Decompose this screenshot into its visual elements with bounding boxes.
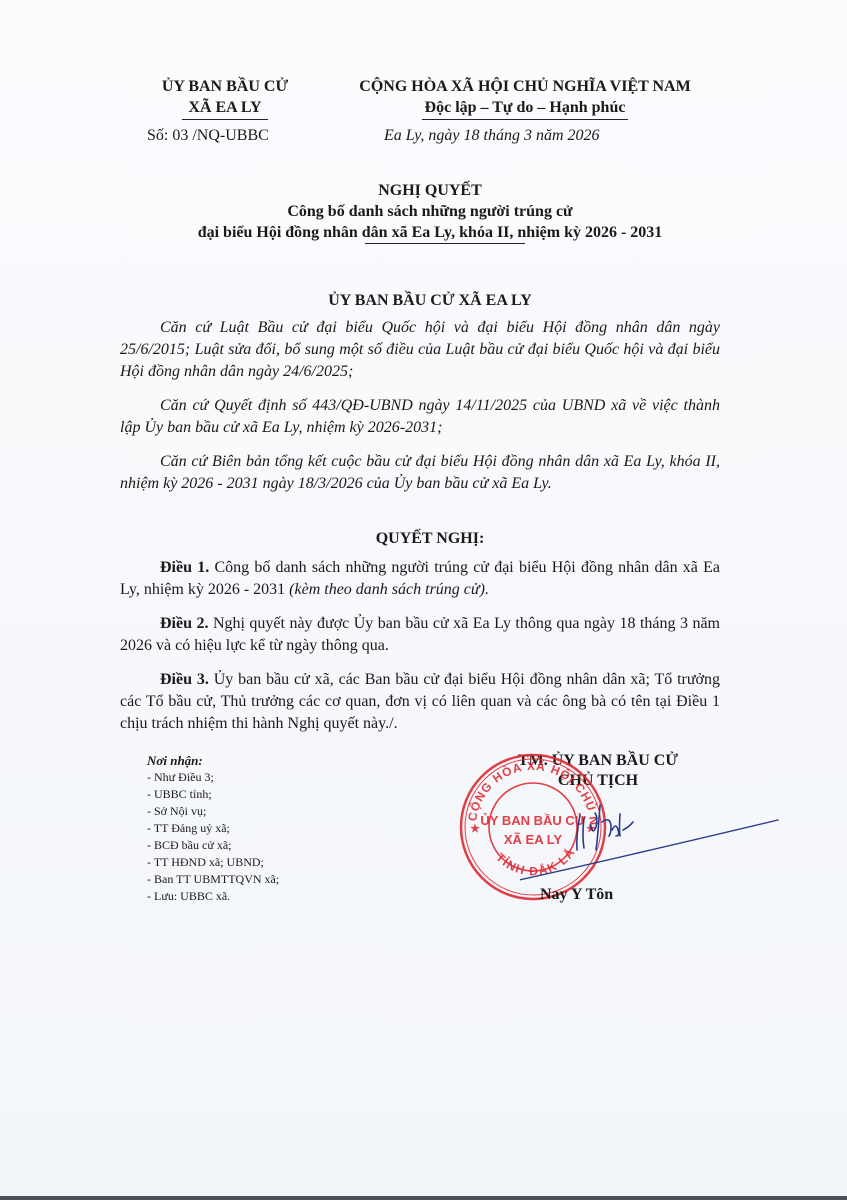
legal-basis-2: Căn cứ Quyết định số 443/QĐ-UBND ngày 14… [120,395,720,439]
issuing-organization: ỦY BAN BẦU CỬ XÃ EA LY [130,76,320,120]
document-title: NGHỊ QUYẾT Công bố danh sách những người… [120,180,740,244]
document-number: Số: 03 /NQ-UBBC [147,127,269,145]
signer-name: Nay Y Tôn [540,886,613,904]
article-3-text: Ủy ban bầu cử xã, các Ban bầu cử đại biể… [120,671,720,732]
recipient-item: - Sở Nội vụ; [147,803,279,820]
article-3-label: Điều 3. [160,671,209,688]
document-page: ỦY BAN BẦU CỬ XÃ EA LY Số: 03 /NQ-UBBC C… [0,0,847,1196]
org-line-1: ỦY BAN BẦU CỬ [130,76,320,97]
article-1-note: (kèm theo danh sách trúng cử). [289,581,489,598]
org-line-2: XÃ EA LY [130,97,320,118]
article-1-label: Điều 1. [160,559,209,576]
recipient-item: - BCĐ bầu cử xã; [147,837,279,854]
recipient-item: - TT Đảng uỷ xã; [147,820,279,837]
article-1: Điều 1. Công bố danh sách những người tr… [120,557,720,601]
title-underline [365,243,525,244]
title-line-2: đại biểu Hội đồng nhân dân xã Ea Ly, khó… [120,222,740,243]
recipients-list: Nơi nhận: - Như Điều 3; - UBBC tỉnh; - S… [147,752,279,905]
document-type: NGHỊ QUYẾT [120,180,740,201]
recipient-item: - Lưu: UBBC xã. [147,888,279,905]
article-3: Điều 3. Ủy ban bầu cử xã, các Ban bầu cử… [120,669,720,735]
org-underline [182,119,268,120]
article-2-text: Nghị quyết này được Ủy ban bầu cử xã Ea … [120,615,720,654]
motto-underline [422,119,628,120]
country-name: CỘNG HÒA XÃ HỘI CHỦ NGHĨA VIỆT NAM [345,76,705,97]
place-and-date: Ea Ly, ngày 18 tháng 3 năm 2026 [384,127,600,145]
page-bottom-edge [0,1196,847,1200]
recipient-item: - UBBC tỉnh; [147,786,279,803]
legal-basis-3: Căn cứ Biên bản tổng kết cuộc bầu cử đại… [120,451,720,495]
recipient-item: - Như Điều 3; [147,769,279,786]
article-2-label: Điều 2. [160,615,208,632]
national-heading: CỘNG HÒA XÃ HỘI CHỦ NGHĨA VIỆT NAM Độc l… [345,76,705,120]
recipients-heading: Nơi nhận: [147,752,279,769]
article-2: Điều 2. Nghị quyết này được Ủy ban bầu c… [120,613,720,657]
issuer-heading: ỦY BAN BẦU CỬ XÃ EA LY [120,292,740,310]
national-motto: Độc lập – Tự do – Hạnh phúc [345,97,705,118]
recipient-item: - Ban TT UBMTTQVN xã; [147,871,279,888]
legal-basis-1: Căn cứ Luật Bầu cử đại biểu Quốc hội và … [120,317,720,383]
svg-text:★: ★ [470,823,480,835]
recipient-item: - TT HĐND xã; UBND; [147,854,279,871]
decision-heading: QUYẾT NGHỊ: [120,530,740,548]
title-line-1: Công bố danh sách những người trúng cử [120,201,740,222]
handwritten-signature-icon [520,790,780,890]
